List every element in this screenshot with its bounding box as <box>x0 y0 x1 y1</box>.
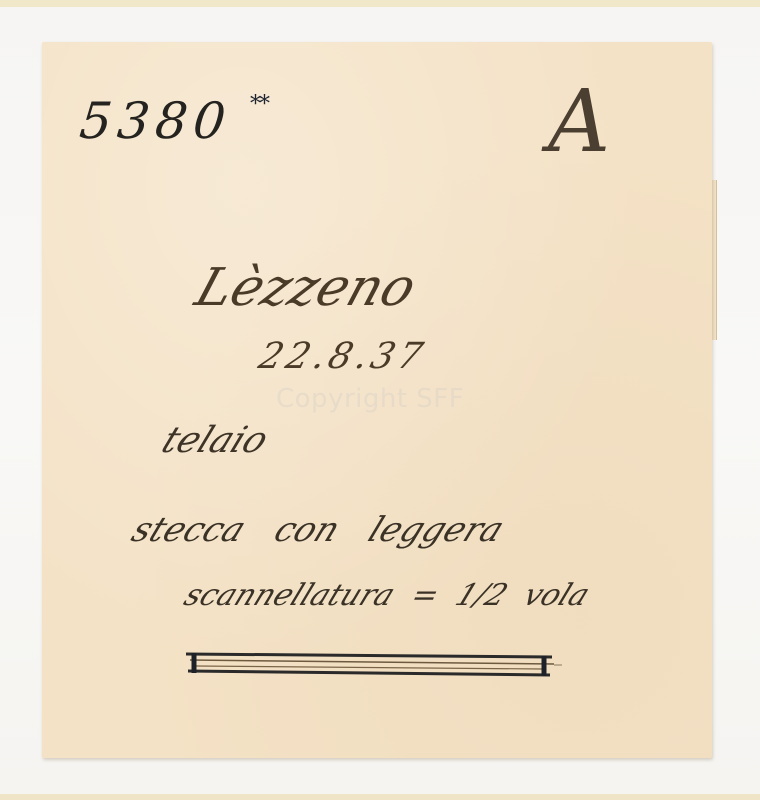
stick-sketch-icon <box>182 648 562 678</box>
frame-bottom-strip <box>0 794 760 800</box>
frame-top-strip <box>0 0 760 7</box>
catalog-marks: ** <box>250 92 268 117</box>
copyright-watermark: Copyright SFF <box>276 384 464 414</box>
place-name: Lèzzeno <box>188 258 423 318</box>
date: 22.8.37 <box>255 336 431 377</box>
description-line-2: scannellatura = 1/2 vola <box>179 578 595 613</box>
catalog-number: 5380 <box>77 92 234 150</box>
corner-letter: A <box>548 72 610 172</box>
description-line-1: stecca con leggera <box>126 510 510 550</box>
subject-label: telaio <box>156 420 275 461</box>
